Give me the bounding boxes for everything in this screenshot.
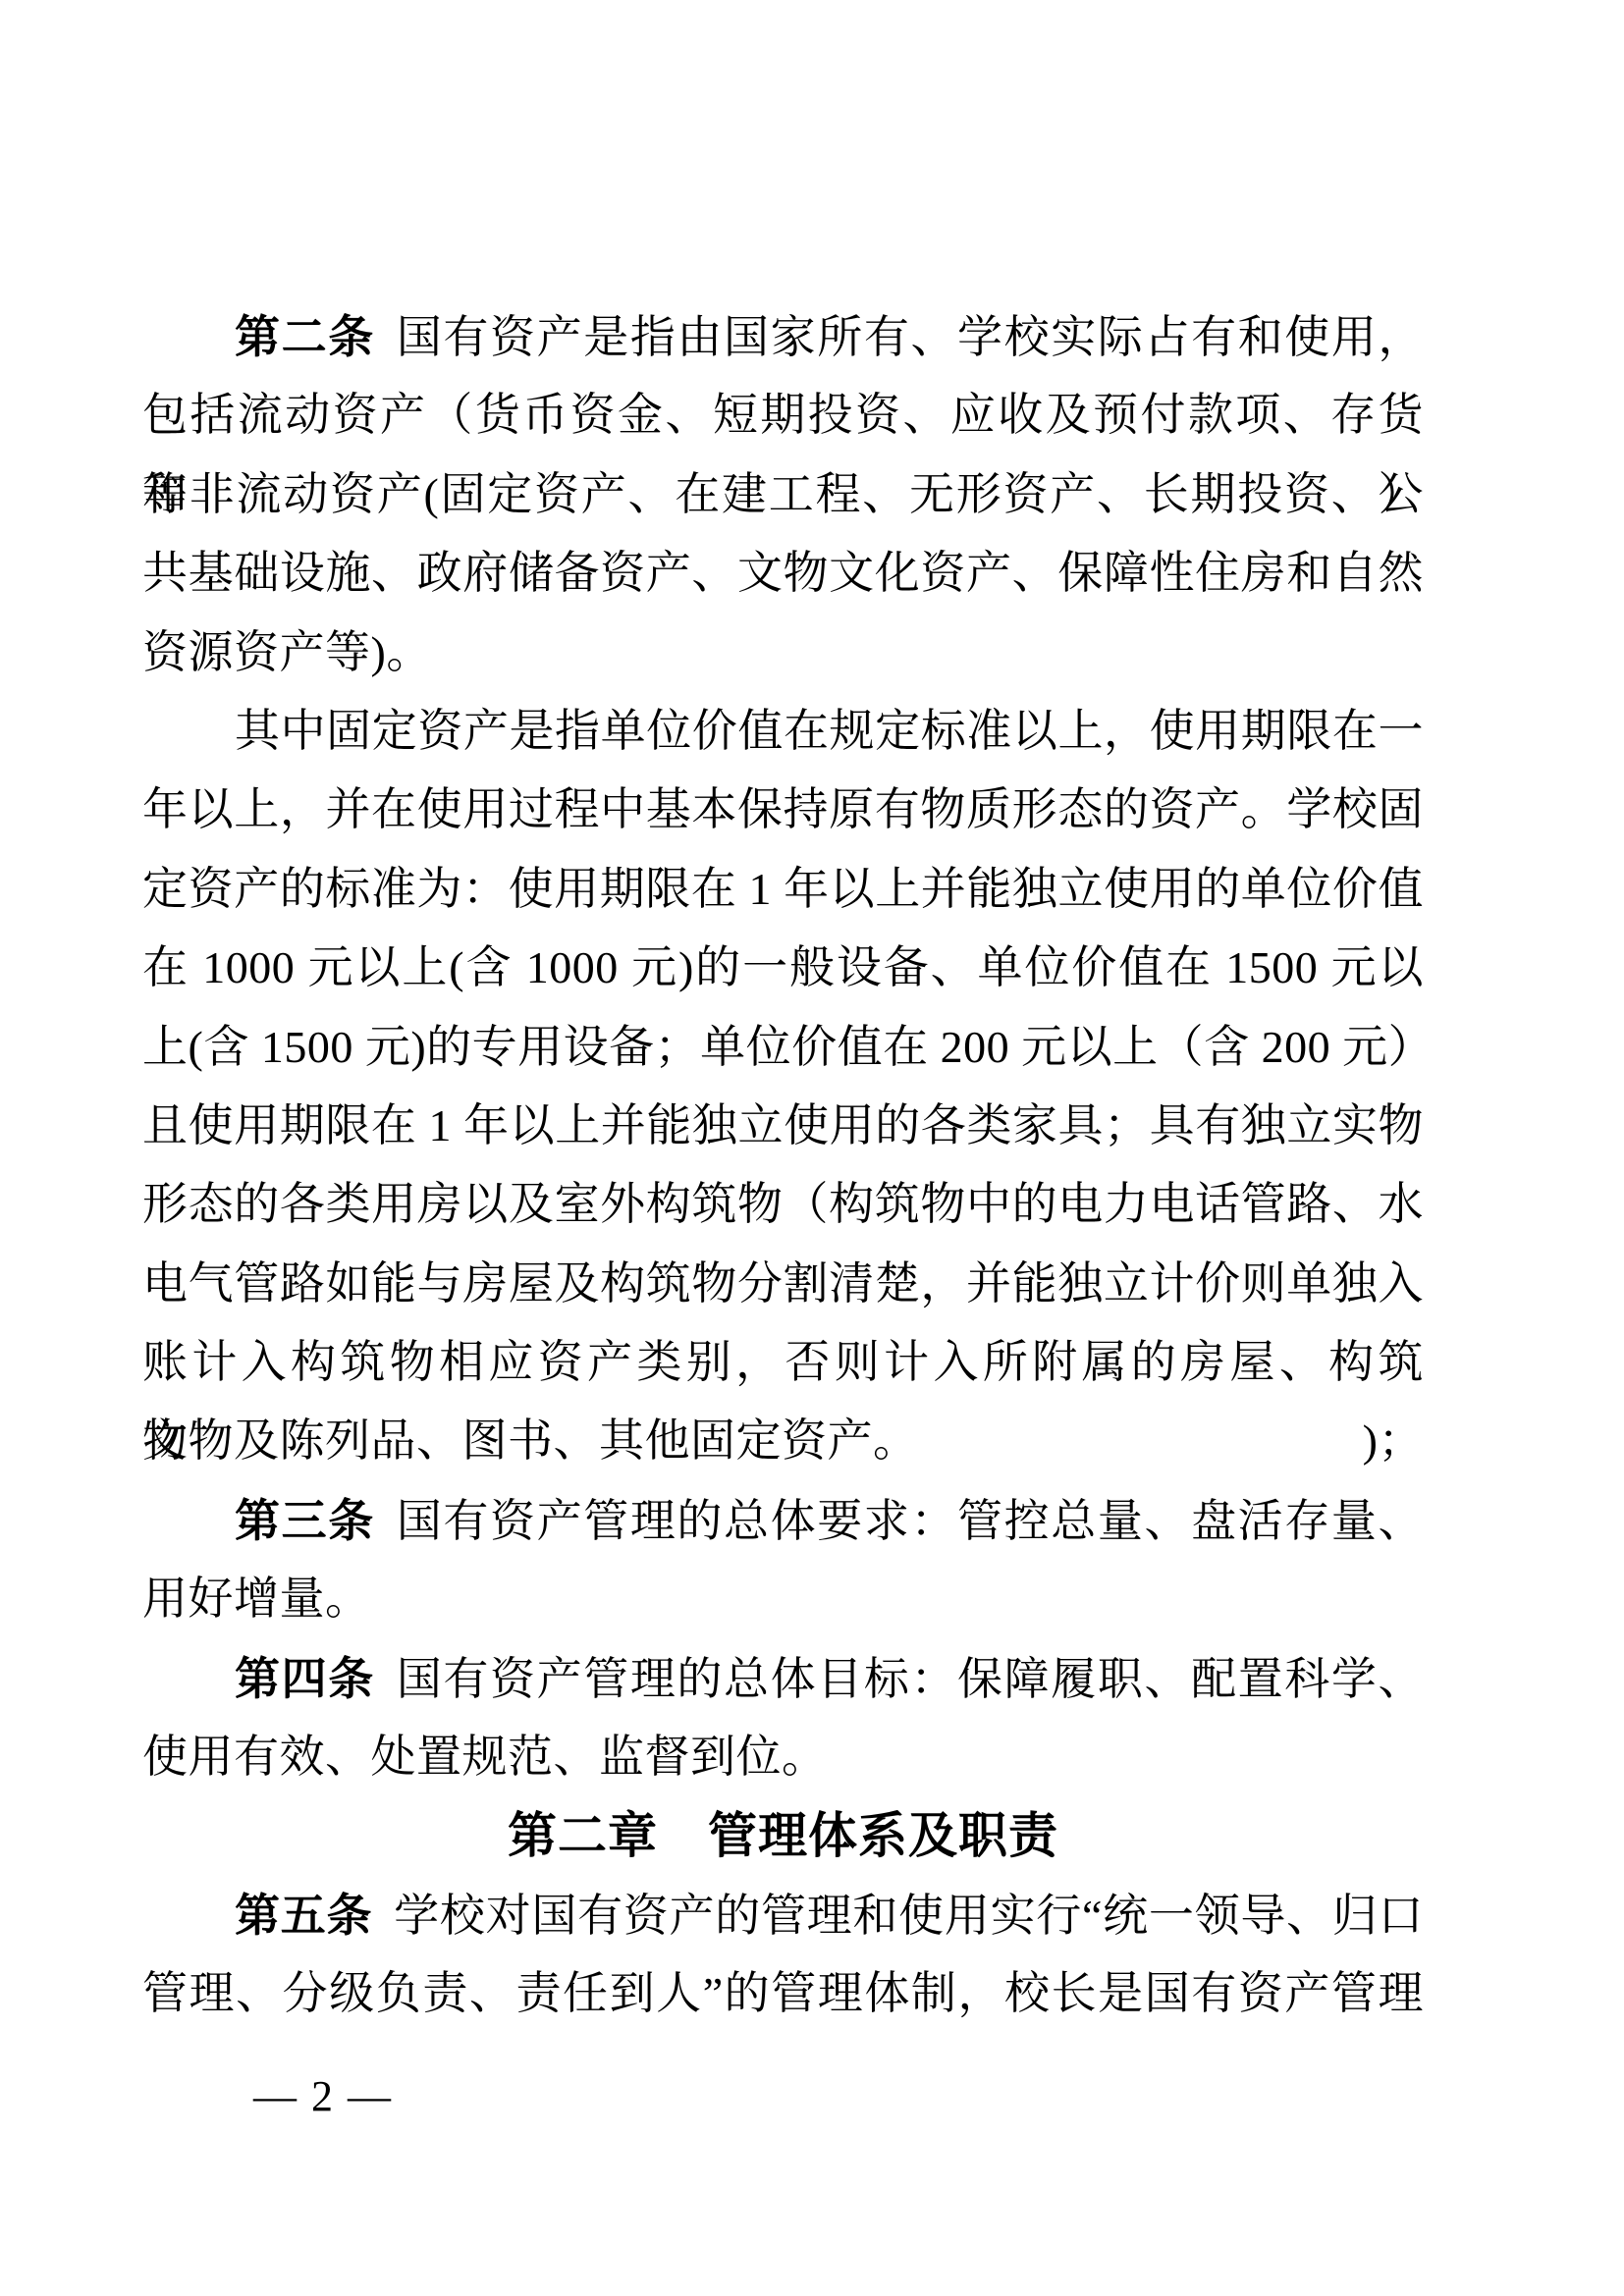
text-run: 使用有效、处置规范、监督到位。 xyxy=(142,1732,828,1782)
text-line: 形态的各类用房以及室外构筑物（构筑物中的电力电话管路、水 xyxy=(142,1165,1424,1244)
text-line: 包括流动资产（货币资金、短期投资、应收及预付款项、存货等） xyxy=(142,376,1424,454)
text-run: 国有资产管理的总体目标：保障履职、配置科学、 xyxy=(397,1654,1424,1704)
text-run: 电气管路如能与房屋及构筑物分割清楚，并能独立计价则单独入 xyxy=(142,1258,1424,1308)
article-number: 第五条 xyxy=(235,1890,372,1941)
text-run: 管理、分级负责、责任到人”的管理体制，校长是国有资产管理 xyxy=(142,1968,1424,2018)
document-page: 第二条国有资产是指由国家所有、学校实际占有和使用，包括流动资产（货币资金、短期投… xyxy=(0,0,1624,2296)
text-run: 且使用期限在 1 年以上并能独立使用的各类家具；具有独立实物 xyxy=(142,1100,1424,1150)
text-run: 在 1000 元以上(含 1000 元)的一般设备、单位价值在 1500 元以 xyxy=(142,942,1424,992)
text-line: 其中固定资产是指单位价值在规定标准以上，使用期限在一 xyxy=(142,692,1424,771)
page-number: — 2 — xyxy=(253,2073,393,2120)
text-line: 共基础设施、政府储备资产、文物文化资产、保障性住房和自然 xyxy=(142,534,1424,613)
text-line: 定资产的标准为：使用期限在 1 年以上并能独立使用的单位价值 xyxy=(142,850,1424,929)
text-run: 国有资产管理的总体要求：管控总量、盘活存量、 xyxy=(397,1496,1424,1546)
text-line: 且使用期限在 1 年以上并能独立使用的各类家具；具有独立实物 xyxy=(142,1087,1424,1165)
chapter-heading: 第二章 管理体系及职责 xyxy=(142,1796,1424,1875)
text-run: 上(含 1500 元)的专用设备；单位价值在 200 元以上（含 200 元） xyxy=(142,1022,1434,1072)
text-line: 第二条国有资产是指由国家所有、学校实际占有和使用， xyxy=(142,297,1424,376)
text-line: 上(含 1500 元)的专用设备；单位价值在 200 元以上（含 200 元） xyxy=(142,1008,1424,1087)
text-run: 国有资产是指由国家所有、学校实际占有和使用， xyxy=(397,312,1424,362)
text-line: 管理、分级负责、责任到人”的管理体制，校长是国有资产管理 xyxy=(142,1954,1424,2033)
text-run: 第二章 管理体系及职责 xyxy=(508,1808,1058,1863)
text-run: 年以上，并在使用过程中基本保持原有物质形态的资产。学校固 xyxy=(142,784,1424,834)
text-run: 其中固定资产是指单位价值在规定标准以上，使用期限在一 xyxy=(235,706,1424,756)
text-line: 资源资产等)。 xyxy=(142,614,1424,692)
text-line: 账计入构筑物相应资产类别，否则计入所附属的房屋、构筑物)； xyxy=(142,1323,1424,1402)
text-run: 和非流动资产(固定资产、在建工程、无形资产、长期投资、公 xyxy=(142,469,1424,519)
article-number: 第四条 xyxy=(235,1653,375,1704)
text-line: 第三条国有资产管理的总体要求：管控总量、盘活存量、 xyxy=(142,1481,1424,1560)
text-run: 学校对国有资产的管理和使用实行“统一领导、归口 xyxy=(394,1891,1424,1941)
text-run: 形态的各类用房以及室外构筑物（构筑物中的电力电话管路、水 xyxy=(142,1179,1424,1229)
text-line: 第五条学校对国有资产的管理和使用实行“统一领导、归口 xyxy=(142,1876,1424,1954)
text-line: 和非流动资产(固定资产、在建工程、无形资产、长期投资、公 xyxy=(142,455,1424,534)
text-line: 第四条国有资产管理的总体目标：保障履职、配置科学、 xyxy=(142,1639,1424,1718)
text-block: 第二条国有资产是指由国家所有、学校实际占有和使用，包括流动资产（货币资金、短期投… xyxy=(142,297,1424,2034)
article-number: 第三条 xyxy=(235,1495,375,1546)
article-number: 第二条 xyxy=(235,311,375,362)
text-run: 文物及陈列品、图书、其他固定资产。 xyxy=(142,1415,919,1466)
text-run: 定资产的标准为：使用期限在 1 年以上并能独立使用的单位价值 xyxy=(142,864,1424,914)
text-line: 在 1000 元以上(含 1000 元)的一般设备、单位价值在 1500 元以 xyxy=(142,929,1424,1007)
text-run: 共基础设施、政府储备资产、文物文化资产、保障性住房和自然 xyxy=(142,548,1424,598)
text-line: 电气管路如能与房屋及构筑物分割清楚，并能独立计价则单独入 xyxy=(142,1245,1424,1323)
text-run: 资源资产等)。 xyxy=(142,627,432,677)
text-line: 年以上，并在使用过程中基本保持原有物质形态的资产。学校固 xyxy=(142,771,1424,849)
text-run: 用好增量。 xyxy=(142,1574,371,1624)
text-line: 使用有效、处置规范、监督到位。 xyxy=(142,1718,1424,1796)
text-line: 用好增量。 xyxy=(142,1560,1424,1638)
